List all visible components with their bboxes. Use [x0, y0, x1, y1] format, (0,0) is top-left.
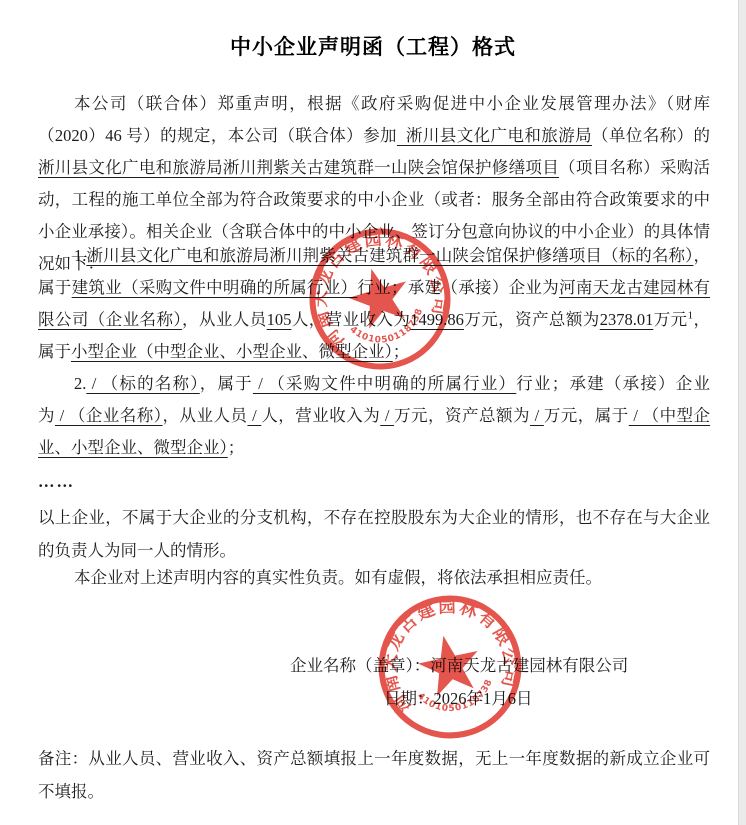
paragraph-ellipsis: …… — [38, 466, 710, 498]
text-segment: 淅川县文化广电和旅游局 — [406, 126, 592, 145]
text-segment: ，从业人员 — [163, 406, 248, 425]
text-segment — [397, 126, 406, 145]
text-segment: 万元，资产总额为 — [394, 406, 530, 425]
text-segment: / （标的名称） — [86, 374, 199, 393]
paragraph-item-2: 2. / （标的名称），属于 / （采购文件中明确的所属行业）行业；承建（承接）… — [38, 368, 710, 464]
page-title: 中小企业声明函（工程）格式 — [0, 31, 746, 61]
signature-date-value: 2026年1月6日 — [434, 689, 533, 708]
text-segment: 1. — [74, 246, 86, 265]
page-edge — [738, 0, 746, 825]
signature-company-value: 河南天龙古建园林有限公司 — [430, 656, 628, 675]
text-segment: ； — [393, 342, 410, 361]
signature-company-label: 企业名称（盖章）： — [290, 656, 430, 675]
note-text: 备注：从业人员、营业收入、资产总额填报上一年度数据，无上一年度数据的新成立企业可… — [38, 742, 710, 808]
paragraph-item-1: 1.淅川县文化广电和旅游局淅川荆紫关古建筑群一山陕会馆保护修缮项目（标的名称），… — [38, 240, 710, 368]
text-segment: 人，营业收入为 — [291, 310, 410, 329]
text-segment: 本企业对上述声明内容的真实性负责。如有虚假，将依法承担相应责任。 — [74, 568, 602, 587]
text-segment: 105 — [267, 310, 292, 329]
text-segment: …… — [38, 472, 75, 491]
paragraph-declaration: 本企业对上述声明内容的真实性负责。如有虚假，将依法承担相应责任。 — [38, 562, 710, 594]
text-segment: 淅川县文化广电和旅游局淅川荆紫关古建筑群一山陕会馆保护修缮项目 — [38, 158, 559, 177]
text-segment: 以上企业，不属于大企业的分支机构，不存在控股股东为大企业的情形，也不存在与大企业… — [38, 508, 710, 560]
signature-date-line: 日期：2026年1月6日 — [384, 685, 533, 709]
text-segment: 行业；承建（承接）企业为 — [357, 278, 559, 297]
text-segment: ，从业人员 — [182, 310, 267, 329]
paragraph-closing: 以上企业，不属于大企业的分支机构，不存在控股股东为大企业的情形，也不存在与大企业… — [38, 501, 710, 567]
text-segment: 建筑业（采购文件中明确的所属行业） — [72, 278, 358, 297]
text-segment: / — [380, 406, 394, 425]
text-segment: 2378.01 — [600, 310, 654, 329]
text-segment: / — [247, 406, 261, 425]
signature-date-label: 日期： — [384, 689, 434, 708]
text-segment: 万元 — [653, 310, 687, 329]
text-segment: 2. — [74, 374, 86, 393]
text-segment: 1499.86 — [410, 310, 464, 329]
text-segment: 淅川县文化广电和旅游局淅川荆紫关古建筑群一山陕会馆保护修缮项目（标的名称） — [86, 246, 693, 265]
text-segment: / （企业名称） — [55, 406, 163, 425]
text-segment: 人，营业收入为 — [261, 406, 380, 425]
text-segment: 万元，属于 — [544, 406, 629, 425]
document-page: 中小企业声明函（工程）格式 本公司（联合体）郑重声明，根据《政府采购促进中小企业… — [0, 0, 746, 825]
text-segment: / — [530, 406, 544, 425]
text-segment: ，属于 — [200, 374, 253, 393]
text-segment: （单位名称）的 — [592, 126, 710, 145]
text-segment: ； — [228, 438, 245, 457]
text-segment: / （采购文件中明确的所属行业） — [253, 374, 516, 393]
text-segment: 小型企业（中型企业、小型企业、微型企业） — [71, 342, 393, 361]
signature-company-line: 企业名称（盖章）：河南天龙古建园林有限公司 — [290, 652, 628, 676]
text-segment: 万元，资产总额为 — [464, 310, 600, 329]
